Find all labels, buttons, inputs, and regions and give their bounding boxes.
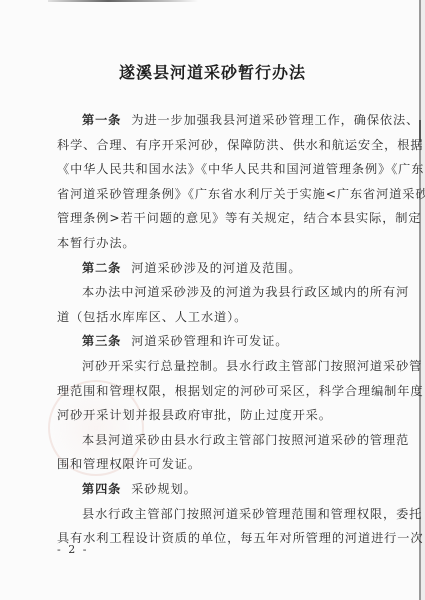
article-label: 第一条 [82, 113, 121, 127]
paragraph-text: 河道采砂管理和许可发证。 [131, 334, 288, 348]
document-title: 遂溪县河道采砂暂行办法 [0, 60, 425, 83]
article-4-heading-line: 第四条采砂规划。 [57, 477, 379, 502]
article-label: 第二条 [82, 261, 121, 275]
paragraph-line: 县水行政主管部门按照河道采砂管理范围和管理权限，委托 [57, 502, 379, 527]
paragraph-line: 《中华人民共和国水法》《中华人民共和国河道管理条例》《广东 [57, 157, 379, 182]
paragraph-line: 本办法中河道采砂涉及的河道为我县行政区域内的所有河 [57, 280, 379, 305]
paragraph-line: 管理条例>若干问题的意见》等有关规定，结合本县实际，制定 [57, 206, 379, 231]
paragraph-line: 围和管理权限许可发证。 [57, 452, 379, 477]
article-3-heading-line: 第三条河道采砂管理和许可发证。 [57, 329, 379, 354]
paragraph-line: 省河道采砂管理条例》《广东省水利厅关于实施<广东省河道采砂 [57, 182, 379, 207]
paragraph-line: 本暂行办法。 [57, 231, 379, 256]
paragraph-line: 具有水利工程设计资质的单位，每五年对所管理的河道进行一次 [57, 526, 379, 551]
paragraph-line: 河砂开采计划并报县政府审批，防止过度开采。 [57, 403, 379, 428]
scan-edge-shadow [48, 0, 198, 2]
paragraph-line: 道（包括水库库区、人工水道）。 [57, 305, 379, 330]
paragraph-text: 为进一步加强我县河道采砂管理工作，确保依法、 [131, 113, 419, 127]
paragraph-line: 理范围和管理权限，根据划定的河砂可采区，科学合理编制年度 [57, 379, 379, 404]
article-2-heading-line: 第二条河道采砂涉及的河道及范围。 [57, 256, 379, 281]
page-number: - 2 - [57, 543, 88, 556]
paragraph-line: 本县河道采砂由县水行政主管部门按照河道采砂的管理范 [57, 428, 379, 453]
paragraph-text: 河道采砂涉及的河道及范围。 [131, 261, 301, 275]
paragraph-line: 科学、合理、有序开采河砂，保障防洪、供水和航运安全，根据 [57, 133, 379, 158]
paragraph-line: 河砂开采实行总量控制。县水行政主管部门按照河道采砂管 [57, 354, 379, 379]
article-label: 第四条 [82, 482, 121, 496]
article-1-heading-line: 第一条为进一步加强我县河道采砂管理工作，确保依法、 [57, 108, 379, 133]
paragraph-text: 采砂规划。 [131, 482, 196, 496]
article-label: 第三条 [82, 334, 121, 348]
document-body: 第一条为进一步加强我县河道采砂管理工作，确保依法、 科学、合理、有序开采河砂，保… [57, 108, 379, 551]
